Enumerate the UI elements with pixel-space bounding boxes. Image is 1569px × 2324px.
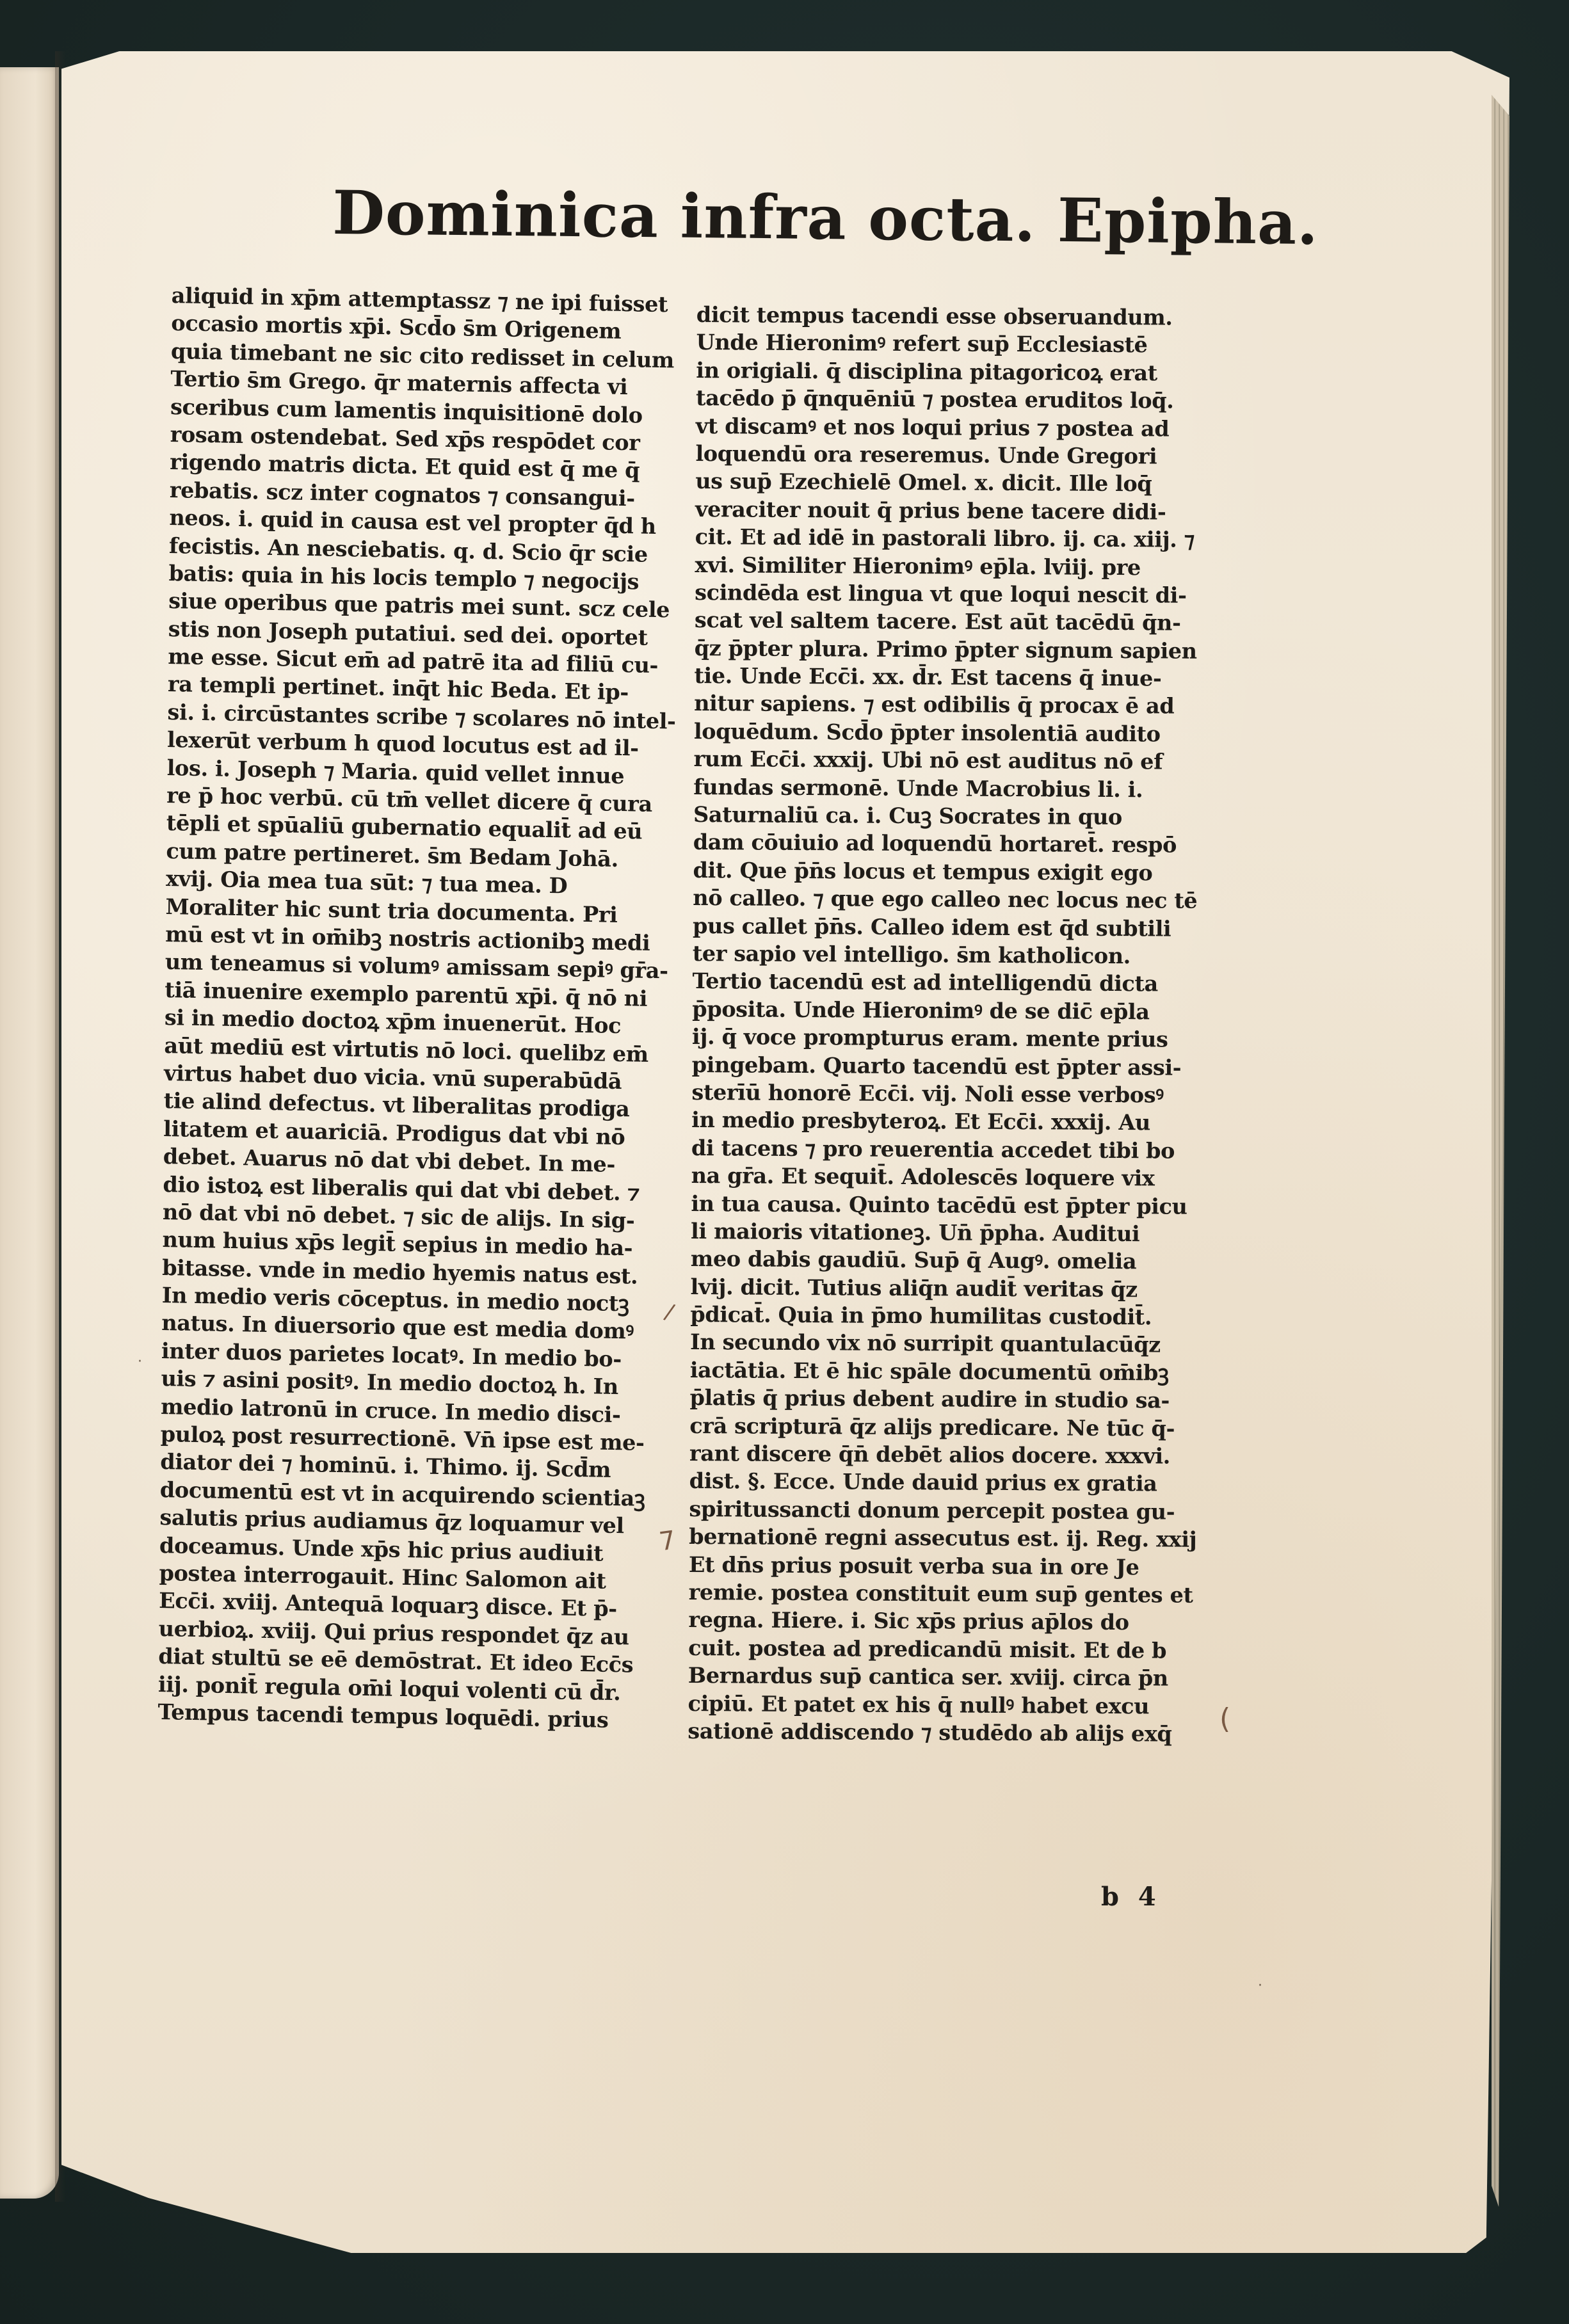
marginal-dot: · [1258, 1978, 1262, 1994]
text-line: meo dabis gaudiū. Sup̄ q̄ Augꝰ. omelia [691, 1245, 1203, 1276]
text-line: spiritussancti donum percepit postea gu- [689, 1495, 1201, 1526]
text-line: Tertio tacendū est ad intelligendū dicta [692, 967, 1204, 998]
text-line: p̄dicat̄. Quia in p̄mo humilitas custodi… [690, 1301, 1202, 1331]
text-line: q̄z p̄pter plura. Primo p̄pter signum sa… [695, 634, 1207, 665]
text-line: iactātia. Et ē hic spāle documentū om̄ib… [690, 1356, 1202, 1387]
text-line: rum Ecc̄i. xxxij. Ubi nō est auditus nō … [693, 745, 1205, 776]
text-line: cipiū. Et patet ex his q̄ nullꝰ habet ex… [688, 1689, 1200, 1720]
text-line: cuit. postea ad predicandū misit. Et de … [688, 1634, 1200, 1665]
text-column-right: dicit tempus tacendi esse obseruandum.Un… [688, 301, 1209, 1748]
text-line: veraciter nouit q̄ prius bene tacere did… [695, 495, 1207, 526]
text-line: rant discere q̄n̄ debēt alios docere. xx… [689, 1439, 1202, 1470]
text-line: crā scripturā q̄z alijs predicare. Ne tū… [689, 1412, 1202, 1443]
text-line: in medio presbyteroꝝ. Et Ecc̄i. xxxij. A… [691, 1106, 1203, 1137]
text-line: dam cōuiuio ad loquendū hortaret̄. respō [693, 828, 1205, 859]
text-line: Bernardus sup̄ cantica ser. xviij. circa… [688, 1662, 1200, 1692]
text-line: p̄latis q̄ prius debent audire in studio… [689, 1384, 1202, 1414]
text-line: Saturnaliū ca. i. Cuꝫ Socrates in quo [693, 801, 1205, 831]
text-line: scat vel saltem tacere. Est aūt tacēdū q… [695, 606, 1207, 637]
text-column-left: aliquid in xp̄m attemptassz ⁊ ne ipi fui… [157, 282, 677, 1735]
marginal-annotation: ( [1219, 1703, 1230, 1735]
text-line: Unde Hieronimꝰ refert sup̄ Ecclesiastē [696, 328, 1208, 359]
text-line: scindēda est lingua vt que loqui nescit … [695, 579, 1207, 609]
text-line: li maioris vitationeꝫ. Un̄ p̄pha. Auditu… [691, 1217, 1203, 1248]
text-line: ter sapio vel intelligo. s̄m katholicon. [693, 940, 1205, 970]
text-line: Et dn̄s prius posuit verba sua in ore Je [689, 1551, 1201, 1582]
text-line: fundas sermonē. Unde Macrobius li. i. [693, 773, 1205, 804]
text-line: nō calleo. ⁊ que ego calleo nec locus ne… [693, 884, 1205, 915]
text-line: vt discamꝰ et nos loqui prius ⁊ postea a… [696, 412, 1208, 443]
text-line: sterīū honorē Ecc̄i. vij. Noli esse verb… [691, 1078, 1203, 1109]
text-line: remie. postea constituit eum sup̄ gentes… [689, 1578, 1201, 1609]
text-line: loquēdum. Scd̄o p̄pter insolentiā audito [694, 717, 1206, 748]
text-line: pingebam. Quarto tacendū est p̄pter assi… [692, 1051, 1204, 1082]
text-line: In secundo vix nō surripit quantulacūq̄z [690, 1328, 1202, 1359]
text-line: regna. Hiere. i. Sic xp̄s prius ap̄los d… [688, 1606, 1200, 1637]
text-line: tacēdo p̄ q̄nquēniū ⁊ postea eruditos lo… [696, 384, 1208, 415]
text-line: di tacens ⁊ pro reuerentia accedet tibi … [691, 1134, 1203, 1165]
facing-page-edge [0, 67, 59, 2199]
text-line: lvij. dicit. Tutius aliq̄n audit̄ verita… [690, 1273, 1202, 1304]
text-line: us sup̄ Ezechielē Omel. x. dicit. Ille l… [695, 467, 1207, 498]
text-line: cit. Et ad idē in pastorali libro. ij. c… [695, 523, 1207, 554]
text-line: nitur sapiens. ⁊ est odibilis q̄ procax … [694, 689, 1206, 720]
text-line: na gr̄a. Et sequit̄. Adolescēs loquere v… [691, 1162, 1203, 1192]
text-line: xvi. Similiter Hieronimꝰ ep̄la. lviij. p… [695, 551, 1207, 582]
text-line: in tua causa. Quinto tacēdū est p̄pter p… [691, 1189, 1203, 1220]
text-line: in origiali. q̄ disciplina pitagoricoꝝ e… [696, 357, 1208, 387]
text-line: pus callet p̄n̄s. Calleo idem est q̄d su… [693, 912, 1205, 943]
text-line: tie. Unde Ecc̄i. xx. d̄r. Est tacens q̄ … [694, 662, 1206, 693]
marginal-dot: · [138, 1354, 142, 1370]
text-line: dit. Que p̄n̄s locus et tempus exigit eg… [693, 856, 1205, 887]
signature-mark: b 4 [1101, 1882, 1161, 1912]
text-line: p̄posita. Unde Hieronimꝰ de se dic̄ ep̄l… [692, 995, 1204, 1026]
text-line: dist. §. Ecce. Unde dauid prius ex grati… [689, 1467, 1202, 1498]
text-line: dicit tempus tacendi esse obseruandum. [696, 301, 1209, 332]
text-line: loquendū ora reseremus. Unde Gregori [695, 440, 1207, 470]
text-line: sationē addiscendo ⁊ studēdo ab alijs ex… [688, 1717, 1200, 1748]
running-head: Dominica infra octa. Epipha. [332, 178, 1165, 257]
text-line: ij. q̄ voce prompturus eram. mente prius [692, 1023, 1204, 1054]
text-line: bernationē regni assecutus est. ij. Reg.… [689, 1523, 1201, 1553]
